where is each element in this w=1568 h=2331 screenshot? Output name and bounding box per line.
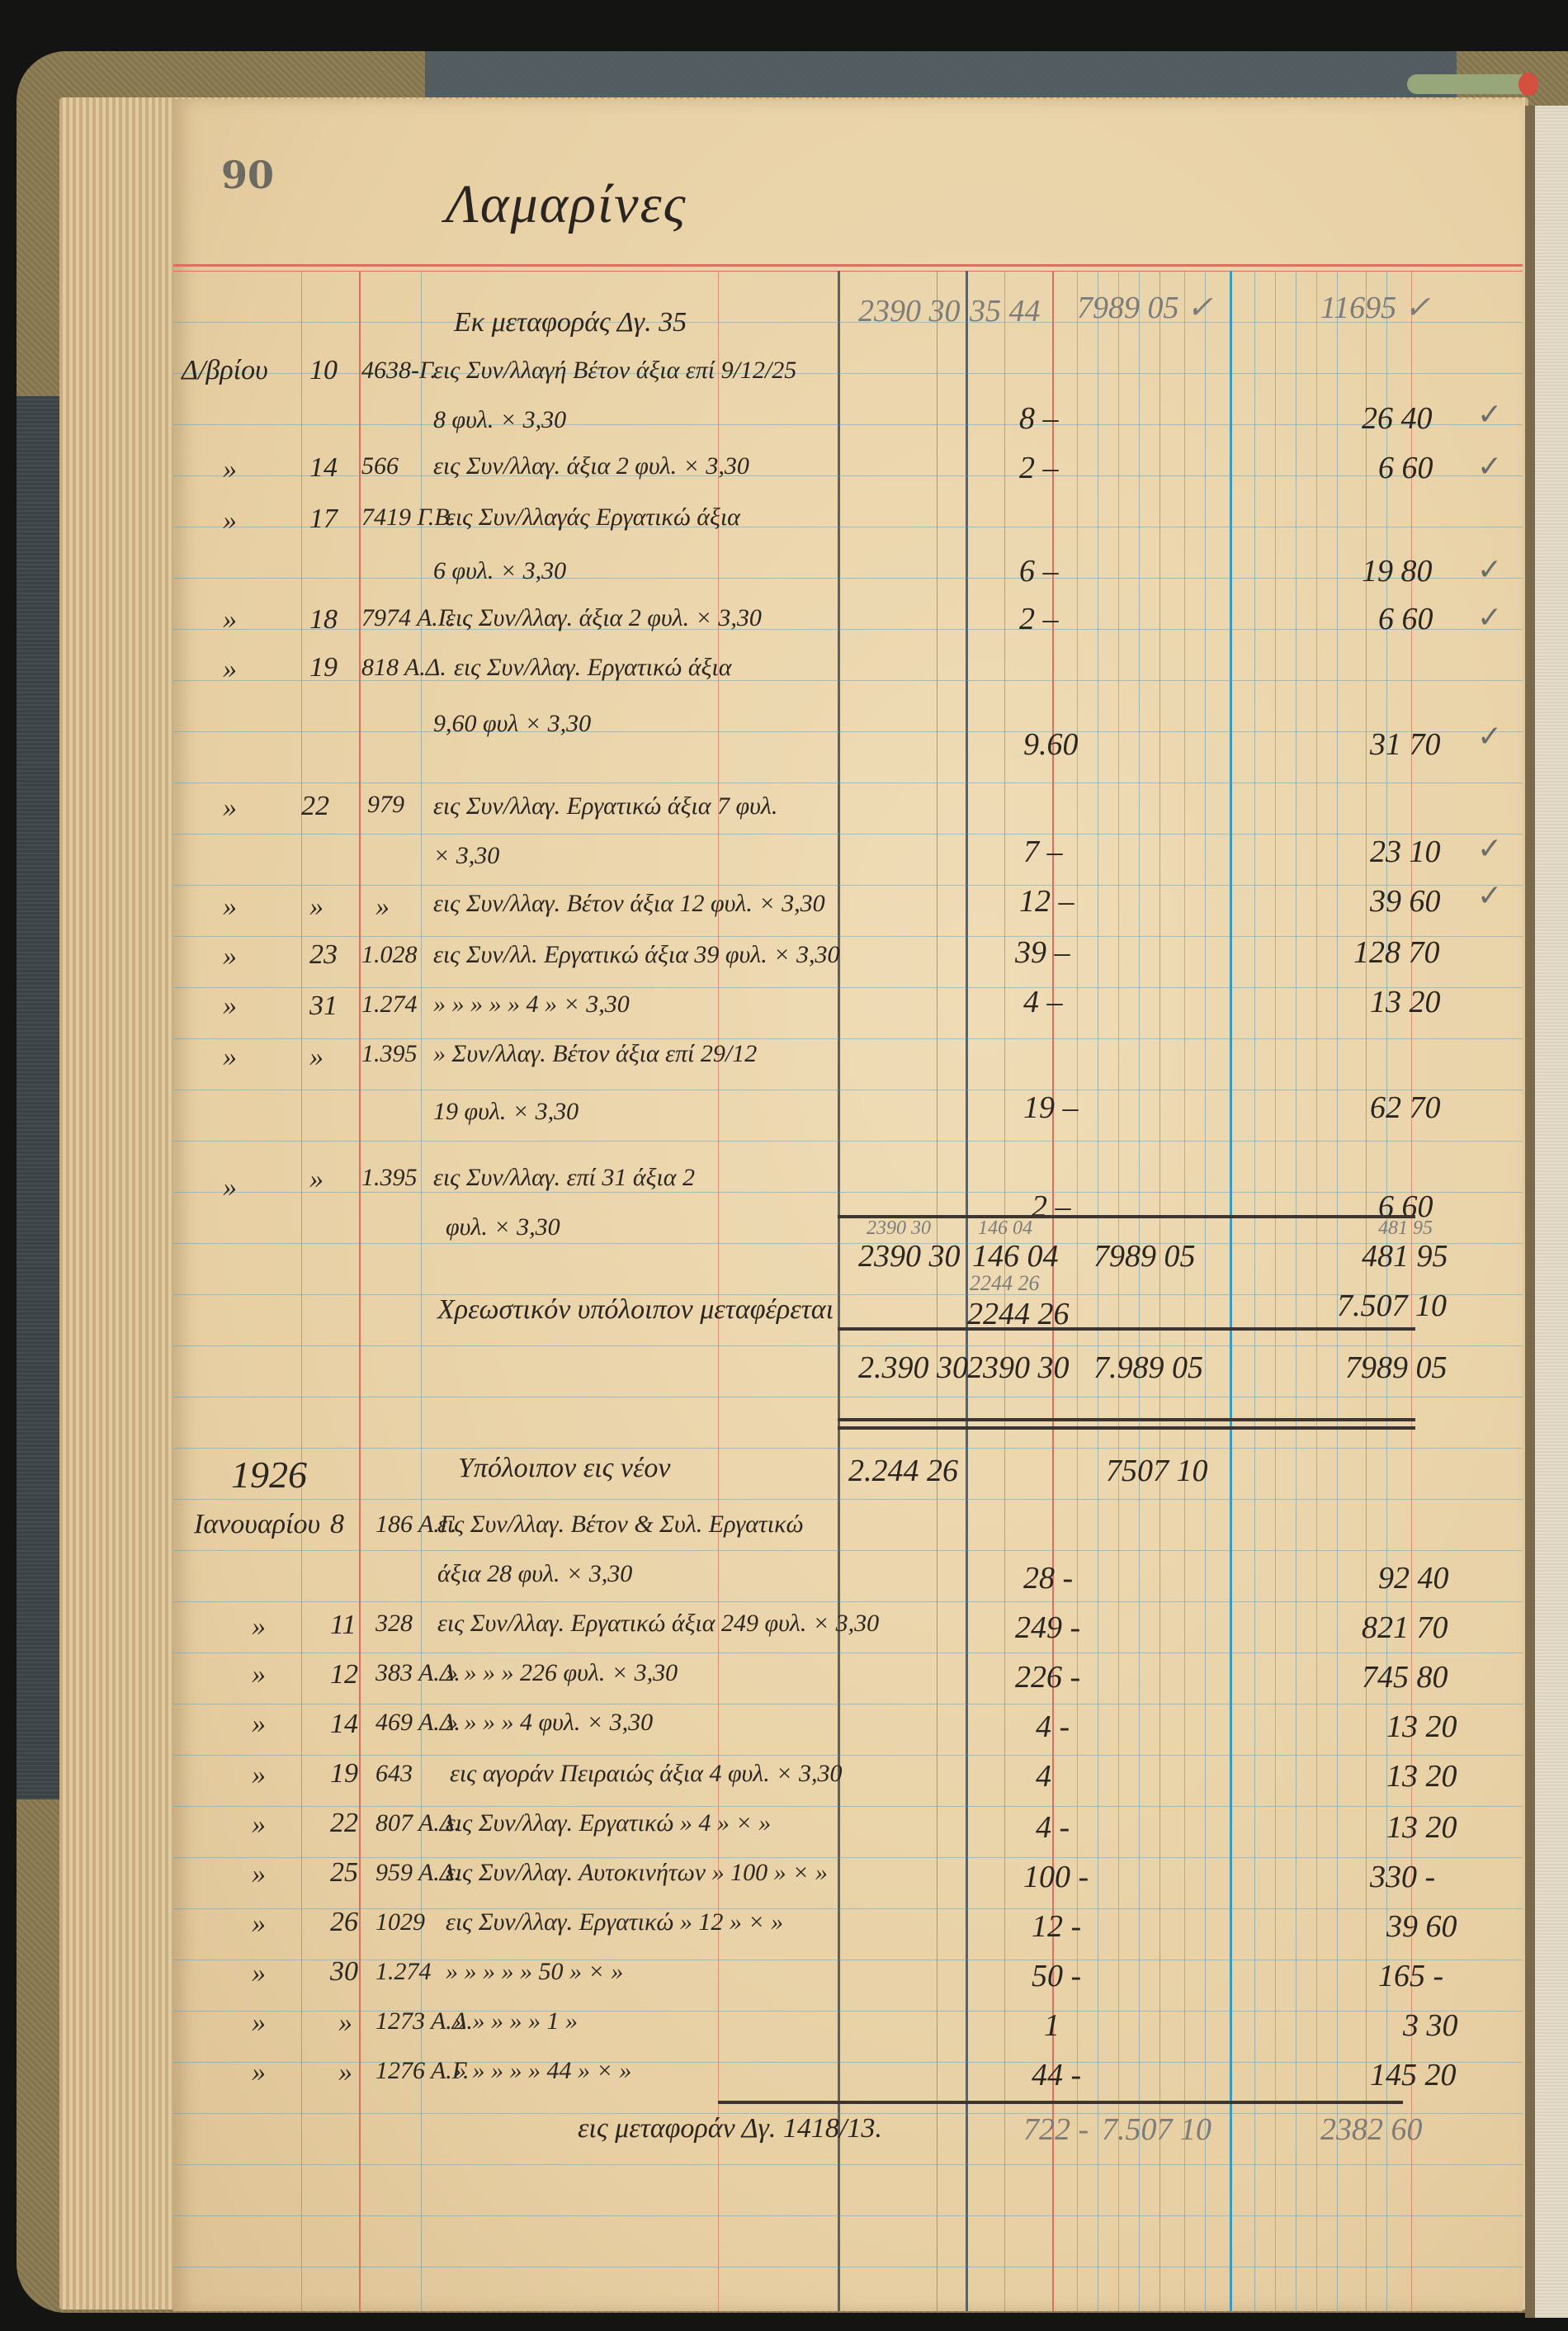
entry-month: » — [252, 1809, 266, 1841]
entry-text: » » » » » 44 » × » — [454, 2057, 631, 2085]
entry-text: εις Συν/λλαγ. Εργατικώ άξια 249 φυλ. × 3… — [437, 1610, 879, 1638]
entry-text: εις αγοράν Πειραιώς άξια 4 φυλ. × 3,30 — [450, 1760, 843, 1788]
carried-col-d: 11695 ✓ — [1320, 289, 1431, 326]
grand-total-col-d: 7989 05 — [1345, 1350, 1448, 1386]
ruled-line — [173, 731, 1523, 732]
entry-text: εις Συν/λλαγάς Εργατικώ άξια — [446, 504, 740, 532]
entry-month: » — [252, 1908, 266, 1940]
ruled-line — [173, 1601, 1523, 1602]
page-number: 90 — [221, 153, 274, 197]
entry-amount: 165 - — [1378, 1958, 1443, 1994]
entry-text-line2: 6 φυλ. × 3,30 — [433, 557, 566, 585]
ruled-line — [173, 783, 1523, 783]
entry-amount: 39 60 — [1370, 883, 1441, 920]
grid-line — [1139, 271, 1140, 2311]
entry-amount: 26 40 — [1362, 400, 1433, 437]
entry-day: 11 — [330, 1610, 356, 1641]
rule-col-a-cents — [937, 271, 937, 2311]
entry-ref: 1.395 — [361, 1040, 418, 1068]
entry-day: 12 — [330, 1659, 358, 1690]
carried-forward-label: Εκ μεταφοράς Δγ. 35 — [454, 307, 687, 338]
entry-qty: 12 - — [1032, 1908, 1081, 1945]
entry-amount: 62 70 — [1370, 1090, 1441, 1126]
entry-text: εις Συν/λλαγ. επί 31 άξια 2 — [433, 1164, 695, 1192]
entry-ref: 979 — [367, 791, 404, 819]
entry-day: 22 — [301, 791, 329, 822]
ruled-line — [173, 987, 1523, 988]
entry-amount: 13 20 — [1386, 1758, 1457, 1794]
entry-day: 31 — [309, 991, 338, 1022]
entry-month: » — [252, 1659, 266, 1690]
entry-text: » » » » » 4 » × 3,30 — [433, 991, 630, 1019]
check-mark-icon: ✓ — [1477, 601, 1502, 635]
entry-month: » — [223, 941, 237, 972]
check-mark-icon: ✓ — [1477, 398, 1502, 432]
entry-qty: 2 – — [1019, 450, 1059, 486]
double-rule-bottom — [838, 1426, 1415, 1430]
rule-month — [301, 271, 302, 2311]
entry-text: » Συν/λλαγ. Βέτον άξια επί 29/12 — [433, 1040, 757, 1068]
entry-qty: 9.60 — [1023, 726, 1079, 763]
entry-month: » — [252, 2007, 266, 2039]
carry-forward-rule — [718, 2101, 1403, 2104]
rule-day — [359, 271, 361, 2311]
entry-amount: 92 40 — [1378, 1560, 1449, 1596]
ruled-line — [173, 1243, 1523, 1244]
header-rule — [173, 264, 1523, 267]
entry-month: » — [252, 1958, 266, 1989]
ruled-line — [173, 834, 1523, 835]
entry-amount: 39 60 — [1386, 1908, 1457, 1945]
ledger-page: 90 Λαμαρίνες — [173, 99, 1523, 2311]
ruled-line — [173, 1038, 1523, 1039]
entry-month: » — [223, 604, 237, 636]
bookmark-tip — [1518, 73, 1538, 96]
ruled-line — [173, 1345, 1523, 1346]
ruled-line — [173, 1653, 1523, 1653]
ruled-line — [173, 1550, 1523, 1551]
entry-qty: 39 – — [1015, 934, 1070, 971]
entry-qty: 100 - — [1023, 1859, 1089, 1895]
check-mark-icon: ✓ — [1477, 720, 1502, 754]
entry-qty: 28 - — [1023, 1560, 1073, 1596]
carry-forward-col-b: 722 - — [1023, 2111, 1089, 2148]
entry-month: » — [223, 654, 237, 685]
grid-line — [1077, 271, 1078, 2311]
page-title: Λαμαρίνες — [446, 173, 687, 236]
entry-month: » — [223, 891, 237, 923]
entry-day: 14 — [309, 452, 338, 484]
entry-amount: 128 70 — [1353, 934, 1440, 971]
entry-day: 19 — [330, 1758, 358, 1790]
entry-qty: 19 – — [1023, 1090, 1079, 1126]
entry-qty: 2 – — [1032, 1189, 1071, 1225]
ruled-line — [173, 936, 1523, 937]
subtotal-col-b: 146 04 — [972, 1238, 1059, 1274]
entry-text-line2: × 3,30 — [433, 842, 499, 870]
rule-col-a — [838, 271, 840, 2311]
entry-ref: 1.395 — [361, 1164, 418, 1192]
grid-line — [1316, 271, 1317, 2311]
entry-day: 8 — [330, 1509, 344, 1540]
check-mark-icon: ✓ — [1477, 450, 1502, 484]
entry-ref: 643 — [375, 1760, 413, 1788]
ruled-line — [173, 1857, 1523, 1858]
entry-text: εις Συν/λλαγ. Βέτον & Συλ. Εργατικώ — [437, 1511, 803, 1539]
entry-text: εις Συν/λλαγ. Εργατικώ άξια 7 φυλ. — [433, 792, 777, 820]
entry-ref: 1.028 — [361, 941, 418, 969]
ruled-line — [173, 578, 1523, 579]
entry-qty: 4 - — [1036, 1709, 1070, 1745]
entry-amount: 6 60 — [1378, 450, 1433, 486]
entry-amount: 23 10 — [1370, 834, 1441, 870]
facing-page-edge — [1525, 106, 1568, 2318]
ruled-line — [173, 2164, 1523, 2165]
entry-day: 23 — [309, 939, 338, 971]
entry-day: » — [309, 891, 324, 923]
entry-qty: 1 — [1044, 2007, 1060, 2044]
entry-qty: 8 – — [1019, 400, 1059, 437]
entry-month: » — [223, 1042, 237, 1073]
entry-day: 17 — [309, 504, 338, 535]
entry-text-line2: φυλ. × 3,30 — [446, 1213, 560, 1241]
grid-line — [1254, 271, 1255, 2311]
grid-line — [1098, 271, 1098, 2311]
entry-ref: 328 — [375, 1610, 413, 1638]
entry-ref: 818 Α.Δ. — [361, 654, 446, 682]
entry-amount: 13 20 — [1370, 984, 1441, 1020]
entry-month: » — [223, 505, 237, 537]
entry-amount: 13 20 — [1386, 1709, 1457, 1745]
grand-total-col-a: 2.390 30 — [858, 1350, 968, 1386]
entry-text: εις Συν/λλαγ. άξια 2 φυλ. × 3,30 — [433, 452, 749, 480]
opening-col-c: 7507 10 — [1106, 1453, 1208, 1489]
entry-amount: 745 80 — [1362, 1659, 1448, 1695]
balance-col-d: 7.507 10 — [1337, 1288, 1447, 1324]
entry-month: » — [252, 2057, 266, 2088]
ruled-line — [173, 1704, 1523, 1705]
ruled-line — [173, 1090, 1523, 1090]
entry-amount: 6 60 — [1378, 601, 1433, 637]
entry-text: εις Συν/λλαγ. Εργατικώ » 4 » × » — [446, 1809, 771, 1837]
carry-forward-col-d: 2382 60 — [1320, 2111, 1423, 2148]
entry-month: » — [252, 1760, 266, 1791]
ruled-line — [173, 1448, 1523, 1449]
entry-day: 18 — [309, 604, 338, 636]
entry-amount: 3 30 — [1403, 2007, 1458, 2044]
entry-month: Ιανουαρίου — [194, 1509, 320, 1540]
grand-total-col-b: 2390 30 — [967, 1350, 1070, 1386]
rule-desc — [718, 271, 719, 2311]
entry-day: 19 — [309, 652, 338, 683]
entry-qty: 12 – — [1019, 883, 1074, 920]
opening-col-a: 2.244 26 — [848, 1453, 958, 1489]
entry-text: » » » » » 1 » — [454, 2007, 578, 2035]
carried-col-c: 7989 05 ✓ — [1077, 289, 1213, 326]
entry-month: » — [252, 1611, 266, 1643]
entry-text-line2: 8 φυλ. × 3,30 — [433, 406, 566, 434]
entry-qty: 4 - — [1036, 1809, 1070, 1846]
ruled-line — [173, 1192, 1523, 1193]
entry-day: 10 — [309, 355, 338, 386]
entry-amount: 330 - — [1370, 1859, 1435, 1895]
entry-qty: 44 - — [1032, 2057, 1081, 2093]
entry-month: » — [252, 1709, 266, 1740]
entry-text: εις Συν/λλαγή Βέτον άξια επί 9/12/25 — [433, 357, 796, 385]
entry-amount: 19 80 — [1362, 553, 1433, 589]
entry-day: » — [309, 1164, 324, 1195]
entry-month: » — [223, 991, 237, 1022]
check-mark-icon: ✓ — [1477, 832, 1502, 866]
opening-label: Υπόλοιπον εις νέον — [458, 1453, 670, 1484]
ruled-line — [173, 1141, 1523, 1142]
entry-ref: 7974 Α.Γ. — [361, 604, 456, 632]
pencil-total-b: 146 04 — [978, 1218, 1032, 1240]
entry-qty: 249 - — [1015, 1610, 1080, 1646]
grid-line — [1275, 271, 1276, 2311]
grid-line — [1296, 271, 1296, 2311]
entry-qty: 4 — [1036, 1758, 1051, 1794]
entry-month: » — [223, 792, 237, 824]
entry-ref: 1029 — [375, 1908, 425, 1936]
entry-month: » — [252, 1859, 266, 1890]
entry-ref: 1.274 — [361, 991, 418, 1019]
carried-col-a: 2390 30 — [858, 293, 961, 329]
entry-ref: 1.274 — [375, 1958, 432, 1986]
subtotal-col-a: 2390 30 — [858, 1238, 961, 1274]
total-rule — [838, 1327, 1415, 1331]
ruled-line — [173, 1397, 1523, 1397]
ruled-line — [173, 2267, 1523, 2267]
entry-amount: 31 70 — [1370, 726, 1441, 763]
entry-qty: 6 – — [1019, 553, 1059, 589]
entry-text: εις Συν/λλαγ. Εργατικώ » 12 » × » — [446, 1908, 783, 1936]
entry-day: » — [338, 2057, 352, 2088]
grid-line — [1118, 271, 1119, 2311]
entry-qty: 2 – — [1019, 601, 1059, 637]
entry-qty: 7 – — [1023, 834, 1063, 870]
grand-total-col-c: 7.989 05 — [1093, 1350, 1203, 1386]
entry-text-line2: 19 φυλ. × 3,30 — [433, 1098, 579, 1126]
ruled-line — [173, 1806, 1523, 1807]
ruled-line — [173, 1499, 1523, 1500]
entry-day: 25 — [330, 1857, 358, 1889]
carry-forward-label: εις μεταφοράν Δγ. 1418/13. — [578, 2113, 882, 2144]
check-mark-icon: ✓ — [1477, 553, 1502, 587]
entry-day: 22 — [330, 1808, 358, 1839]
entry-day: » — [338, 2007, 352, 2039]
entry-ref: 566 — [361, 452, 399, 480]
entry-text: » » » » » 50 » × » — [446, 1958, 623, 1986]
entry-amount: 145 20 — [1370, 2057, 1457, 2093]
entry-ref: » — [375, 891, 390, 923]
entry-day: » — [309, 1042, 324, 1073]
entry-month: » — [223, 1172, 237, 1203]
entry-qty: 226 - — [1015, 1659, 1080, 1695]
binding-tape — [425, 51, 1457, 101]
entry-text-line2: 9,60 φυλ × 3,30 — [433, 710, 591, 738]
rule-col-d — [1230, 271, 1232, 2311]
subtotal-col-d: 481 95 — [1362, 1238, 1448, 1274]
entry-amount: 13 20 — [1386, 1809, 1457, 1846]
entry-day: 14 — [330, 1709, 358, 1740]
ruled-line — [173, 424, 1523, 425]
entry-amount: 821 70 — [1362, 1610, 1448, 1646]
entry-qty: 50 - — [1032, 1958, 1081, 1994]
entry-text: εις Συν/λλαγ. Αυτοκινήτων » 100 » × » — [446, 1859, 828, 1887]
year-label: 1926 — [231, 1453, 307, 1496]
entry-ref: 7419 Γ.Β. — [361, 504, 456, 532]
subtotal-col-c: 7989 05 — [1093, 1238, 1196, 1274]
pencil-balance: 2244 26 — [970, 1271, 1040, 1296]
grid-line-red — [1159, 271, 1160, 2311]
ruled-line — [173, 2215, 1523, 2216]
grid-line — [1205, 271, 1206, 2311]
rule-col-b — [966, 271, 968, 2311]
check-mark-icon: ✓ — [1477, 879, 1502, 913]
ruled-line — [173, 1755, 1523, 1756]
header-rule-thin — [173, 271, 1523, 272]
carry-forward-col-c: 7.507 10 — [1102, 2111, 1211, 2148]
carried-col-b: 35 44 — [970, 293, 1041, 329]
entry-qty: 4 – — [1023, 984, 1063, 1020]
ruled-line — [173, 1294, 1523, 1295]
entry-month: Δ/βρίου — [182, 355, 268, 386]
balance-label: Χρεωστικόν υπόλοιπον μεταφέρεται — [437, 1294, 834, 1326]
ribbon-bookmark — [1407, 74, 1531, 94]
entry-text: εις Συν/λλαγ. Εργατικώ άξια — [454, 654, 732, 682]
entry-text: εις Συν/λλαγ. άξια 2 φυλ. × 3,30 — [446, 604, 762, 632]
entry-text: » » » » 226 φυλ. × 3,30 — [446, 1659, 678, 1687]
double-rule-top — [838, 1418, 1415, 1421]
entry-month: » — [223, 454, 237, 485]
pencil-total-d: 481 95 — [1378, 1218, 1433, 1240]
entry-text-line2: άξια 28 φυλ. × 3,30 — [437, 1560, 632, 1588]
grid-line — [1184, 271, 1185, 2311]
rule-ref — [421, 271, 422, 2311]
entry-text: » » » » 4 φυλ. × 3,30 — [446, 1709, 653, 1737]
entry-day: 30 — [330, 1956, 358, 1988]
entry-text: εις Συν/λλαγ. Βέτον άξια 12 φυλ. × 3,30 — [433, 890, 825, 918]
entry-day: 26 — [330, 1907, 358, 1938]
entry-ref: 4638-Γ. — [361, 357, 437, 385]
pencil-total-a: 2390 30 — [867, 1218, 931, 1240]
entry-text: εις Συν/λλ. Εργατικώ άξια 39 φυλ. × 3,30 — [433, 941, 840, 969]
ruled-line — [173, 885, 1523, 886]
